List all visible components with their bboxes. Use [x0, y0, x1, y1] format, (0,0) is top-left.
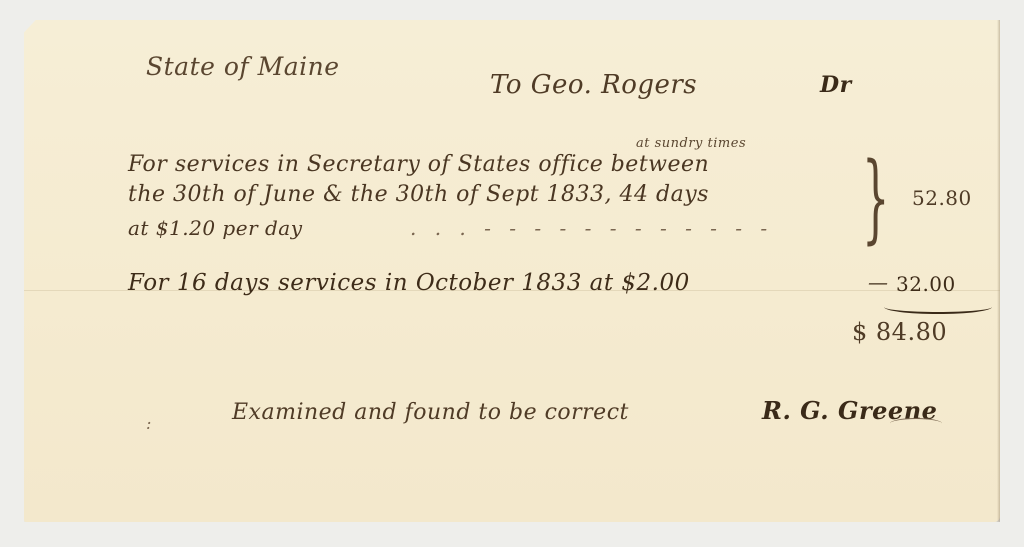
signature-flourish: [890, 418, 942, 429]
document-heading: State of Maine: [146, 52, 340, 81]
entry-1-amount: 52.80: [912, 186, 972, 210]
entry-1-line-3: at $1.20 per day: [128, 216, 303, 240]
debtor-mark: Dr: [820, 72, 852, 98]
entry-1-line-1: For services in Secretary of States offi…: [128, 152, 709, 177]
entry-2-amount: 32.00: [896, 272, 956, 296]
sum-underline: [884, 300, 992, 314]
entry-2-line-1: For 16 days services in October 1833 at …: [128, 270, 690, 296]
margin-mark: :: [146, 414, 152, 433]
entry-1-line-2: the 30th of June & the 30th of Sept 1833…: [128, 182, 709, 207]
entry-1-leader-dashes: . . . - - - - - - - - - - - -: [410, 216, 773, 240]
entry-2-dash: —: [868, 270, 889, 294]
payee-line: To Geo. Rogers: [490, 70, 697, 100]
interlinear-note: at sundry times: [636, 136, 746, 151]
paper-edge-shadow: [997, 20, 1000, 522]
total-amount: $ 84.80: [852, 318, 947, 346]
certification-text: Examined and found to be correct: [232, 400, 629, 425]
curly-brace-icon: }: [862, 150, 889, 246]
